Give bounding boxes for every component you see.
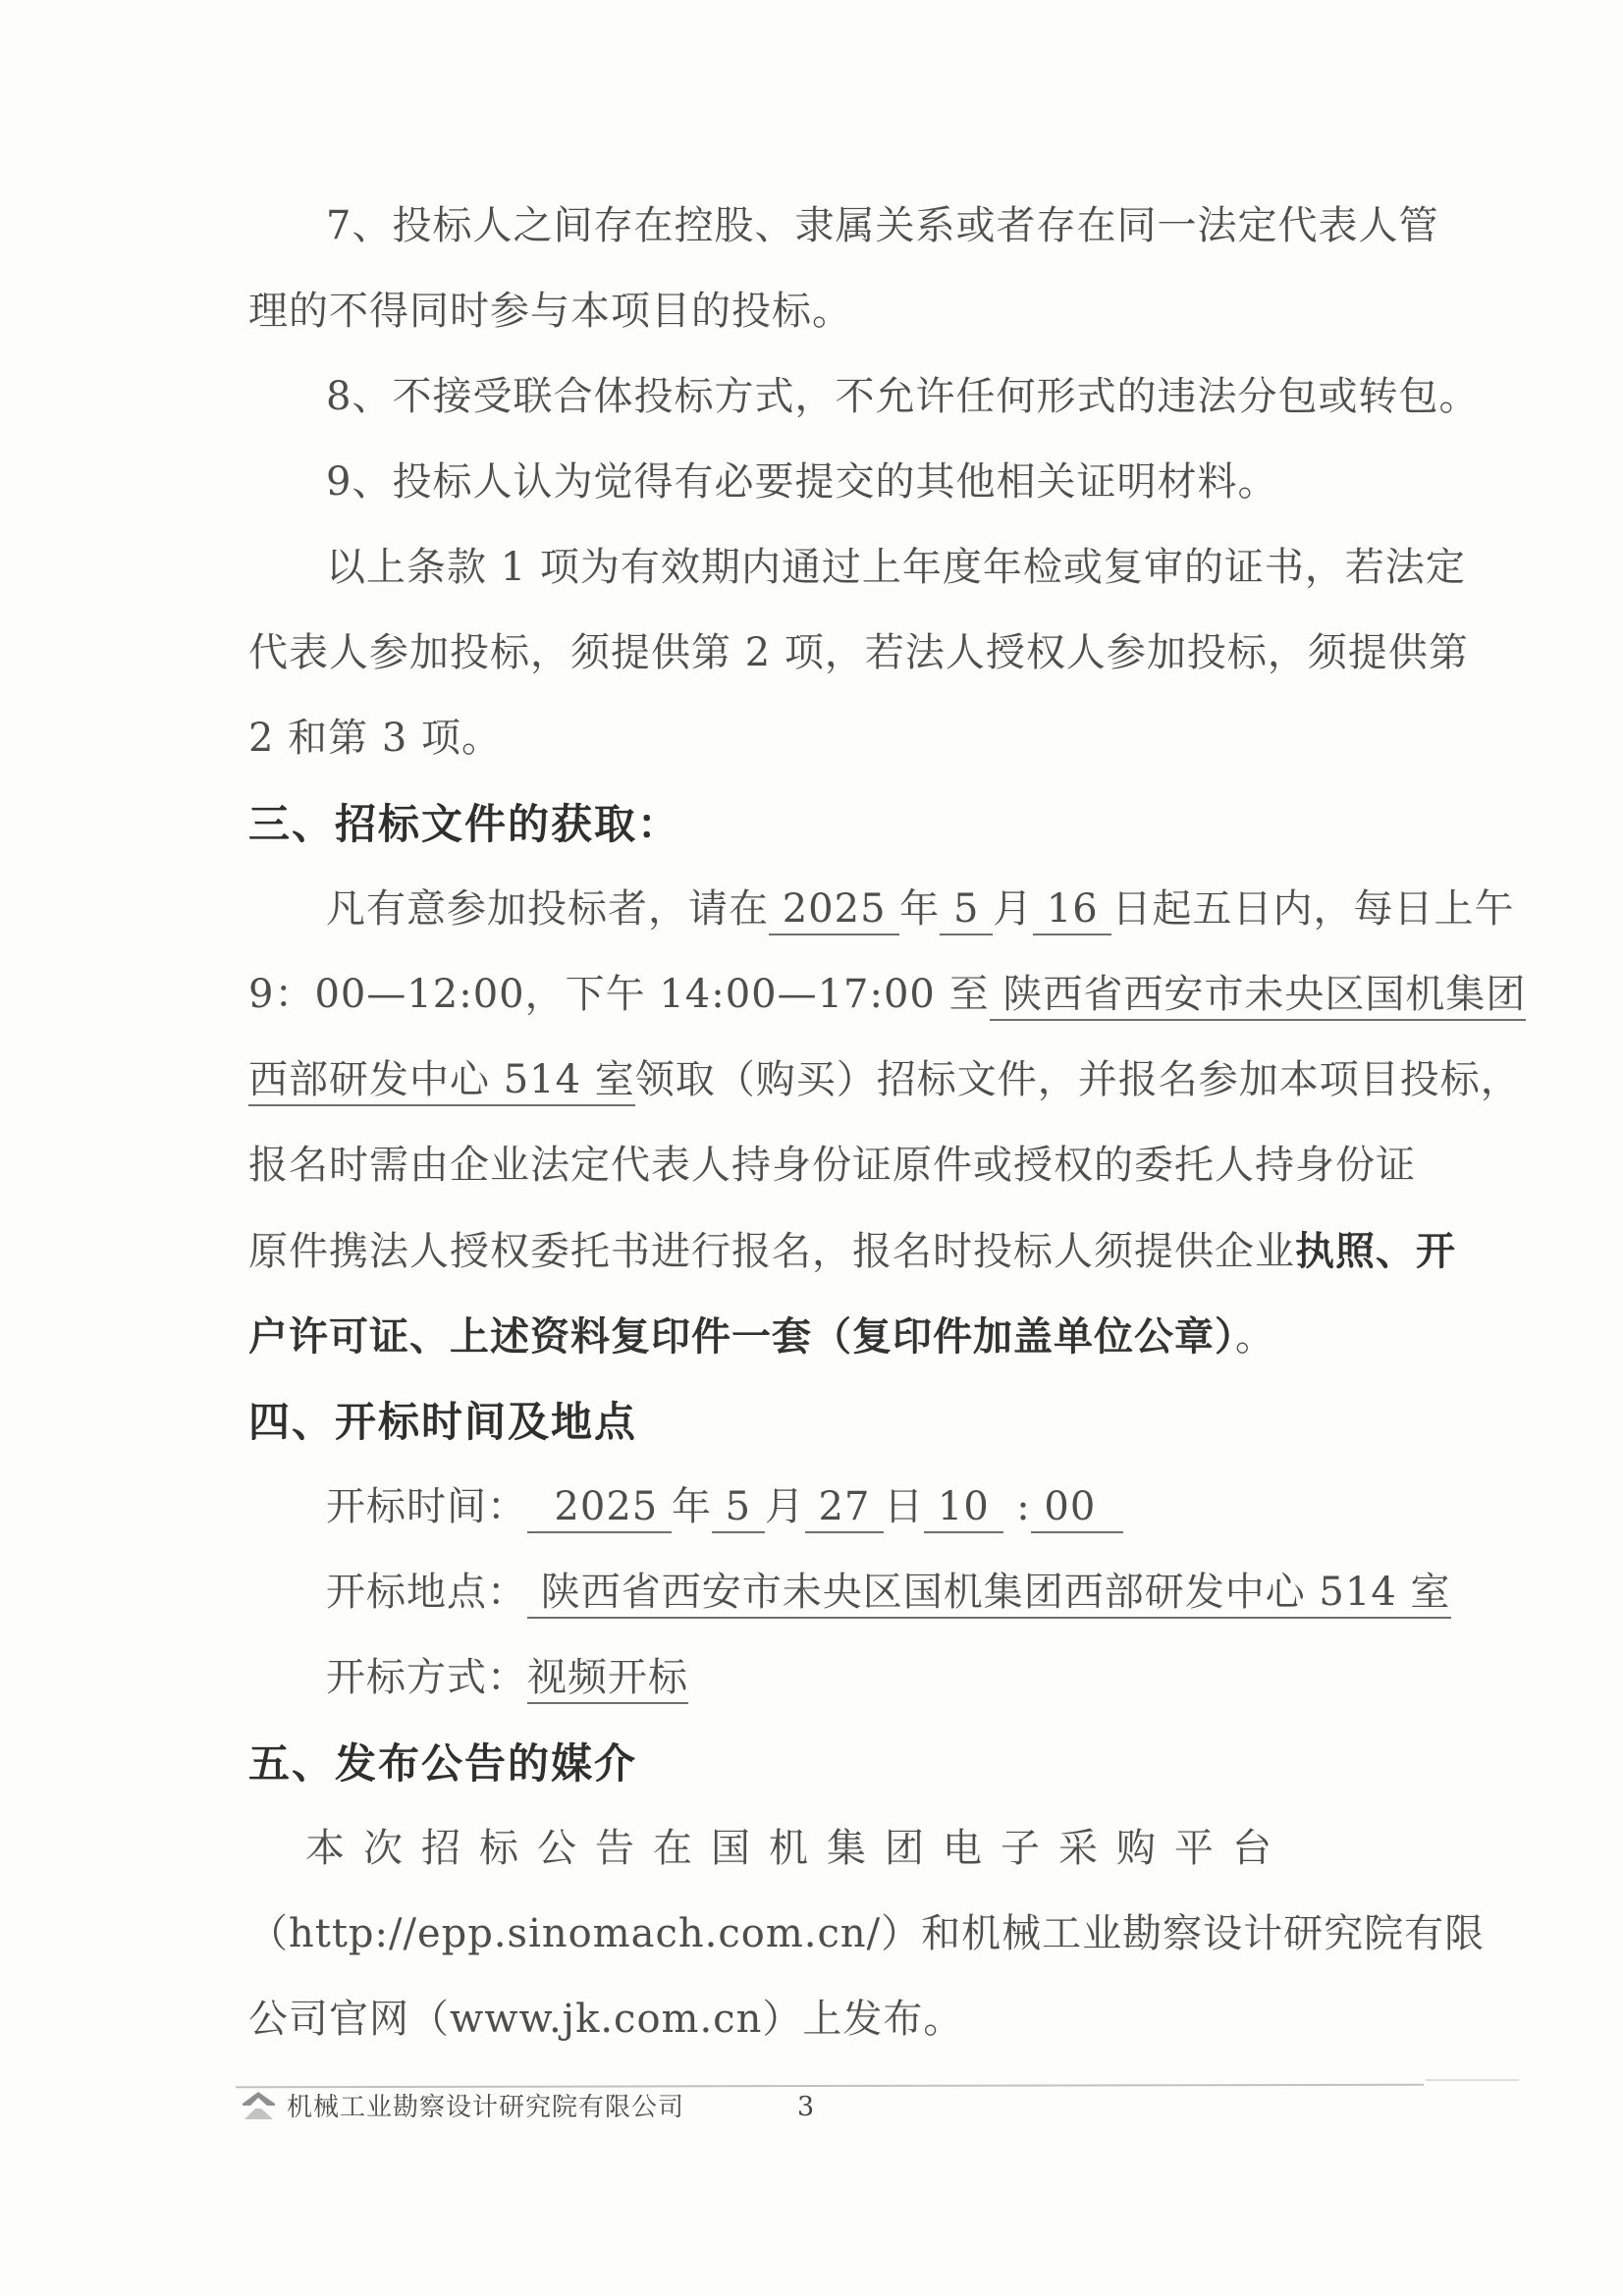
document-line: 以上条款 1 项为有效期内通过上年度年检或复审的证书，若法定 [248, 525, 1378, 611]
document-line: 开标方式：视频开标 [248, 1635, 1378, 1721]
text-run: 年 [672, 1484, 712, 1529]
text-run: 年 [899, 886, 940, 932]
document-line: 西部研发中心 514 室领取（购买）招标文件，并报名参加本项目投标， [248, 1038, 1378, 1123]
filled-blank-address: 西部研发中心 514 室 [248, 1057, 635, 1106]
text-run: 日 [884, 1484, 924, 1529]
text-run: 开标地点： [326, 1570, 527, 1615]
text-run: 月 [765, 1484, 805, 1529]
document-line: 2 和第 3 项。 [248, 696, 1378, 781]
text-run: 理的不得同时参与本项目的投标。 [248, 289, 852, 334]
text-run: 报名时需由企业法定代表人持身份证原件或授权的委托人持身份证 [248, 1143, 1416, 1188]
section-heading-4: 四、开标时间及地点 [248, 1379, 1378, 1465]
filled-blank-day: 27 [805, 1484, 884, 1533]
text-run: 2 和第 3 项。 [248, 716, 502, 761]
filled-blank-year: 2025 [527, 1484, 672, 1533]
scanned-document-page: 7、投标人之间存在控股、隶属关系或者存在同一法定代表人管 理的不得同时参与本项目… [0, 0, 1623, 2296]
filled-blank-month: 5 [940, 886, 993, 935]
document-line: 9：00—12:00，下午 14:00—17:00 至 陕西省西安市未央区国机集… [248, 952, 1378, 1038]
text-run: 日起五日内，每日上午 [1111, 886, 1514, 932]
filled-blank-minute: 00 [1031, 1484, 1123, 1533]
filled-blank-address: 陕西省西安市未央区国机集团 [990, 972, 1527, 1021]
document-line: 原件携法人授权委托书进行报名，报名时投标人须提供企业执照、开 [248, 1208, 1378, 1294]
text-run: 四、开标时间及地点 [248, 1398, 637, 1446]
document-line: 理的不得同时参与本项目的投标。 [248, 269, 1378, 354]
document-line: 报名时需由企业法定代表人持身份证原件或授权的委托人持身份证 [248, 1123, 1378, 1208]
text-run: 月 [993, 886, 1033, 932]
text-run: 。 [1235, 1314, 1275, 1360]
section-heading-3: 三、招标文件的获取： [248, 781, 1378, 867]
text-run: 三、招标文件的获取： [248, 800, 680, 848]
document-line: 9、投标人认为觉得有必要提交的其他相关证明材料。 [248, 440, 1378, 525]
text-run: 代表人参加投标，须提供第 2 项，若法人授权人参加投标，须提供第 [248, 630, 1469, 675]
footer-divider-fragment [1426, 2079, 1519, 2081]
document-line: 公司官网（www.jk.com.cn）上发布。 [248, 1977, 1378, 2062]
document-line: 8、不接受联合体投标方式，不允许任何形式的违法分包或转包。 [248, 354, 1378, 440]
page-number: 3 [797, 2091, 814, 2124]
text-run: 以上条款 1 项为有效期内通过上年度年检或复审的证书，若法定 [326, 545, 1466, 590]
mountain-logo-icon [243, 2092, 275, 2119]
section-heading-5: 五、发布公告的媒介 [248, 1721, 1378, 1806]
text-run: 9：00—12:00，下午 14:00—17:00 至 [248, 972, 990, 1017]
document-line: 代表人参加投标，须提供第 2 项，若法人授权人参加投标，须提供第 [248, 611, 1378, 696]
document-body: 7、投标人之间存在控股、隶属关系或者存在同一法定代表人管 理的不得同时参与本项目… [248, 184, 1378, 2062]
filled-blank-month: 5 [712, 1484, 765, 1533]
text-run: 五、发布公告的媒介 [248, 1739, 637, 1788]
document-line: 户许可证、上述资料复印件一套（复印件加盖单位公章）。 [248, 1294, 1378, 1379]
text-run: : [1003, 1484, 1031, 1529]
text-run: 8、不接受联合体投标方式，不允许任何形式的违法分包或转包。 [326, 374, 1479, 419]
document-line-justified: 本次招标公告在国机集团电子采购平台 [248, 1806, 1378, 1892]
emphasized-text: 执照、开 [1295, 1228, 1456, 1274]
text-run: 领取（购买）招标文件，并报名参加本项目投标， [635, 1057, 1521, 1102]
text-run: 9、投标人认为觉得有必要提交的其他相关证明材料。 [326, 459, 1277, 505]
filled-blank-address: 陕西省西安市未央区国机集团西部研发中心 514 室 [527, 1570, 1451, 1619]
filled-blank-day: 16 [1033, 886, 1111, 935]
text-run: 开标方式： [326, 1655, 527, 1700]
text-run: 原件携法人授权委托书进行报名，报名时投标人须提供企业 [248, 1229, 1295, 1274]
filled-blank-hour: 10 [924, 1484, 1002, 1533]
filled-blank-year: 2025 [769, 886, 899, 935]
footer-divider [236, 2084, 1424, 2089]
text-run: 开标时间： [326, 1484, 527, 1529]
text-run: 凡有意参加投标者，请在 [326, 886, 769, 932]
document-line: 7、投标人之间存在控股、隶属关系或者存在同一法定代表人管 [248, 184, 1378, 269]
text-run: 本次招标公告在国机集团电子采购平台 [305, 1826, 1290, 1871]
emphasized-text: 户许可证、上述资料复印件一套（复印件加盖单位公章） [248, 1313, 1235, 1360]
footer-company-name: 机械工业勘察设计研究院有限公司 [287, 2091, 684, 2124]
document-line: 凡有意参加投标者，请在 2025 年 5 月 16 日起五日内，每日上午 [248, 867, 1378, 952]
document-line: 开标地点： 陕西省西安市未央区国机集团西部研发中心 514 室 [248, 1550, 1378, 1635]
filled-blank-method: 视频开标 [527, 1655, 688, 1704]
document-line: 开标时间： 2025 年 5 月 27 日 10 : 00 [248, 1465, 1378, 1550]
text-run: （http://epp.sinomach.com.cn/）和机械工业勘察设计研究… [248, 1911, 1485, 1956]
text-run: 公司官网（www.jk.com.cn）上发布。 [248, 1997, 963, 2042]
text-run: 7、投标人之间存在控股、隶属关系或者存在同一法定代表人管 [326, 203, 1438, 248]
document-line: （http://epp.sinomach.com.cn/）和机械工业勘察设计研究… [248, 1892, 1378, 1977]
